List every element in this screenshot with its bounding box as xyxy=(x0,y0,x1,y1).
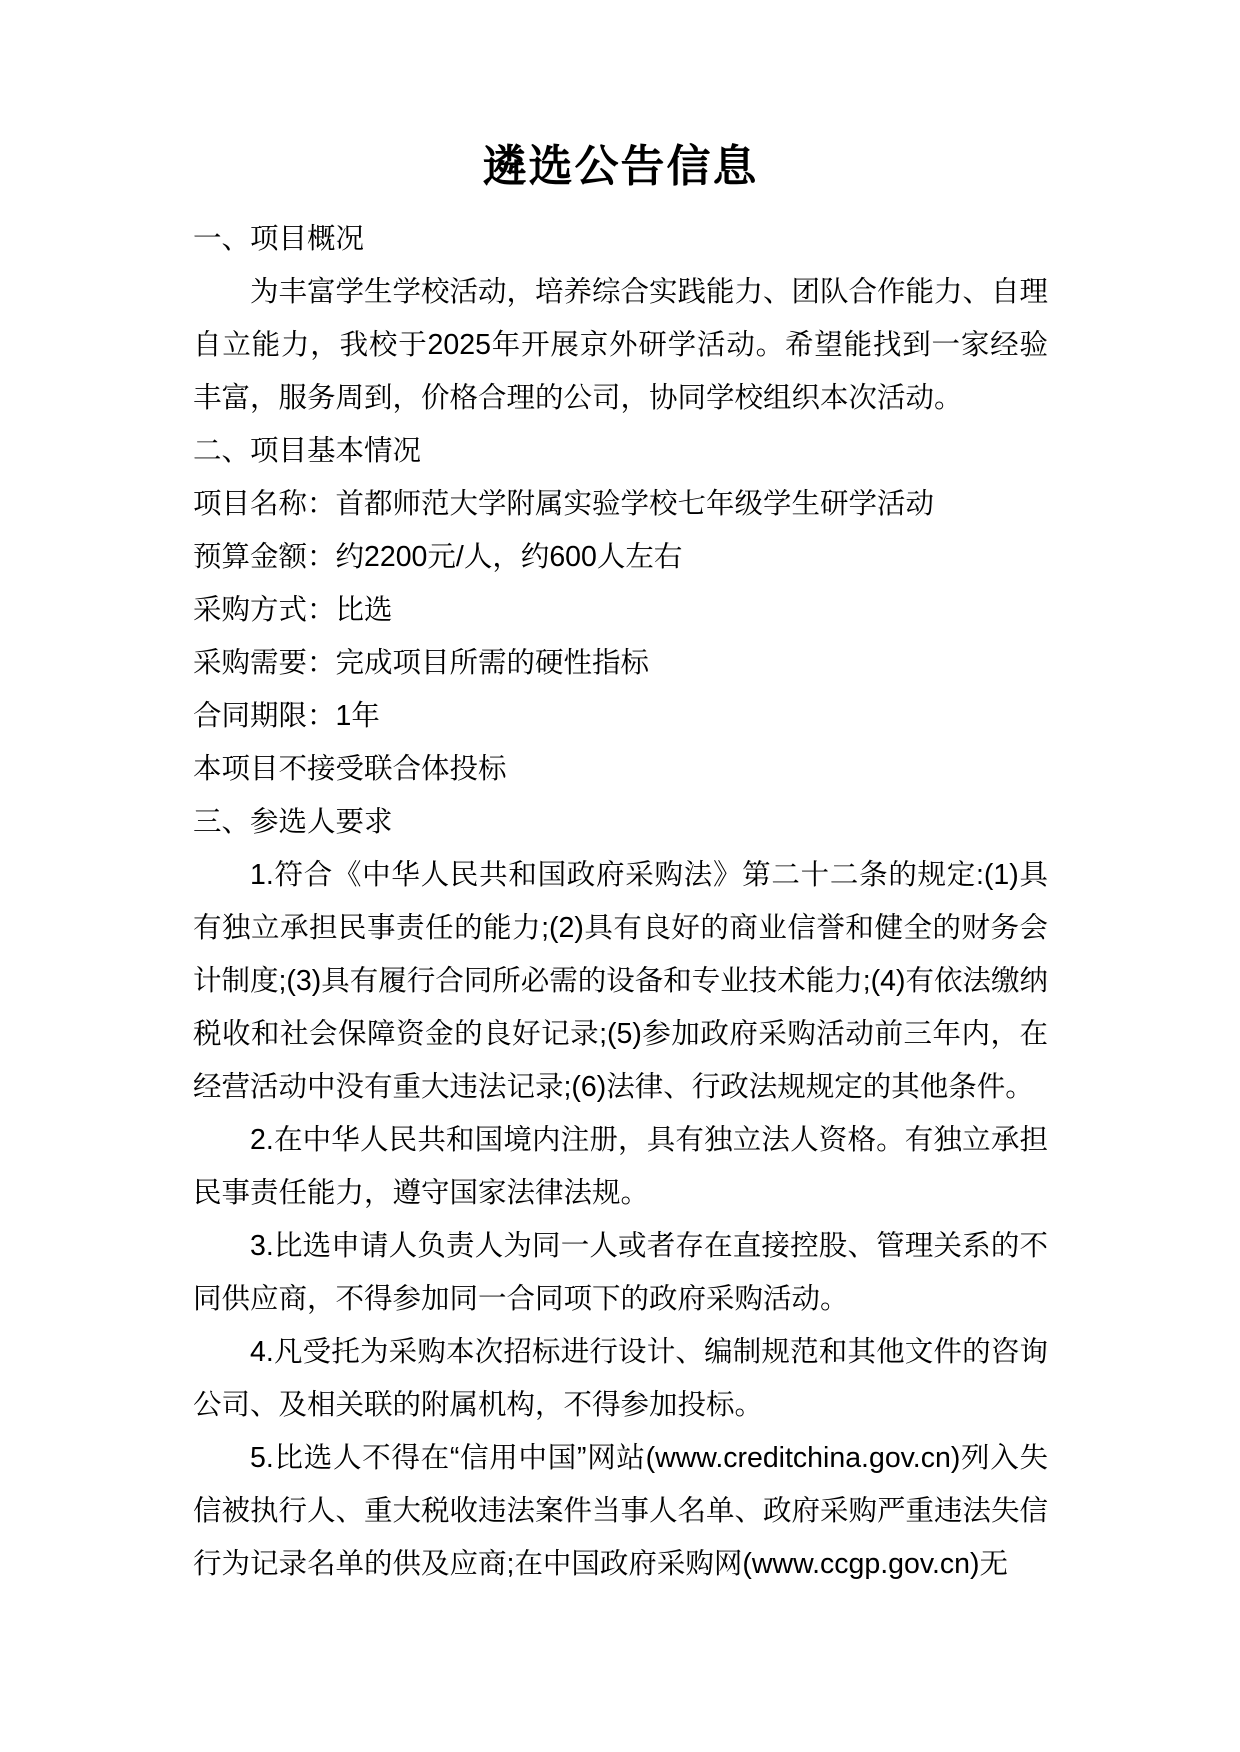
note-no-consortium-bidding: 本项目不接受联合体投标 xyxy=(193,743,1048,796)
section-heading-bidder-requirements: 三、参选人要求 xyxy=(193,796,1048,849)
field-procurement-need: 采购需要：完成项目所需的硬性指标 xyxy=(193,637,1048,690)
field-contract-term: 合同期限：1年 xyxy=(193,690,1048,743)
document-page: 遴选公告信息 一、项目概况 为丰富学生学校活动，培养综合实践能力、团队合作能力、… xyxy=(0,0,1240,1752)
field-budget: 预算金额：约2200元/人，约600人左右 xyxy=(193,531,1048,584)
section-heading-project-overview: 一、项目概况 xyxy=(193,213,1048,266)
requirement-item-2: 2.在中华人民共和国境内注册，具有独立法人资格。有独立承担民事责任能力，遵守国家… xyxy=(193,1114,1048,1220)
requirement-item-5: 5.比选人不得在“信用中国”网站(www.creditchina.gov.cn)… xyxy=(193,1432,1048,1591)
requirement-item-1: 1.符合《中华人民共和国政府采购法》第二十二条的规定:(1)具有独立承担民事责任… xyxy=(193,849,1048,1114)
field-project-name: 项目名称：首都师范大学附属实验学校七年级学生研学活动 xyxy=(193,478,1048,531)
section-heading-basic-info: 二、项目基本情况 xyxy=(193,425,1048,478)
field-procurement-method: 采购方式：比选 xyxy=(193,584,1048,637)
paragraph-project-overview: 为丰富学生学校活动，培养综合实践能力、团队合作能力、自理自立能力，我校于2025… xyxy=(193,266,1048,425)
document-title: 遴选公告信息 xyxy=(193,138,1048,195)
requirement-item-4: 4.凡受托为采购本次招标进行设计、编制规范和其他文件的咨询公司、及相关联的附属机… xyxy=(193,1326,1048,1432)
document-body: 一、项目概况 为丰富学生学校活动，培养综合实践能力、团队合作能力、自理自立能力，… xyxy=(193,213,1048,1591)
requirement-item-3: 3.比选申请人负责人为同一人或者存在直接控股、管理关系的不同供应商，不得参加同一… xyxy=(193,1220,1048,1326)
